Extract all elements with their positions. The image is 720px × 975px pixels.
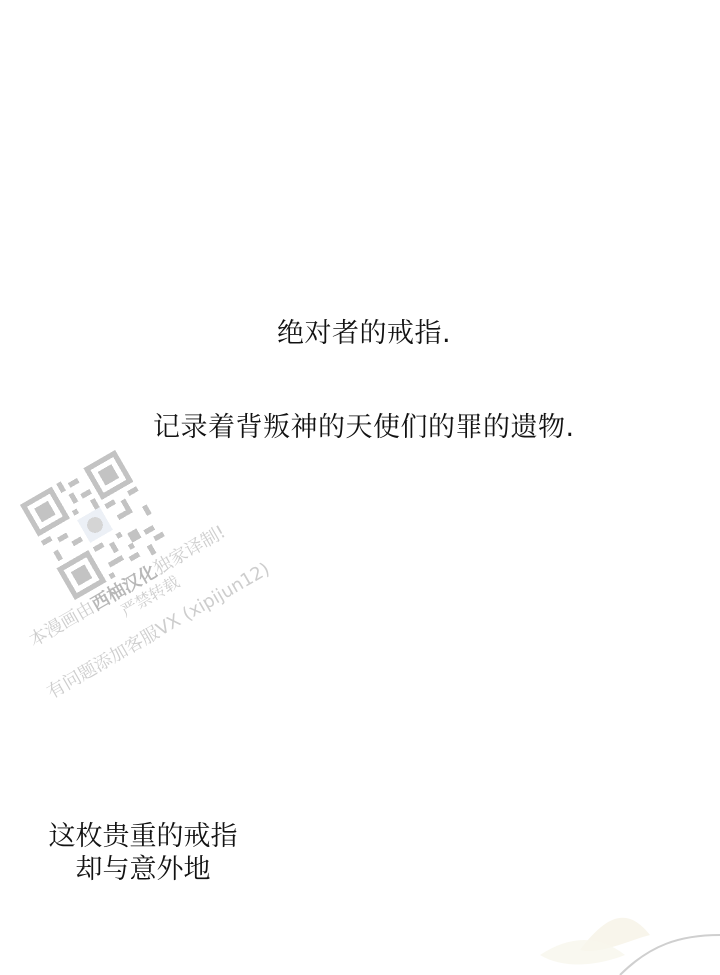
bottom-caption: 这枚贵重的戒指 却与意外地	[40, 820, 246, 886]
qr-code-icon	[20, 450, 170, 600]
watermark-line-1: 本漫画由西柚汉化独家译制!	[24, 518, 230, 652]
bottom-caption-line-2: 却与意外地	[40, 853, 246, 886]
watermark-line-2: 严禁转载	[116, 570, 183, 622]
watermark-suffix: 独家译制!	[150, 522, 229, 580]
watermark-prefix: 本漫画由	[26, 597, 99, 651]
watermark-group-name: 西柚汉化	[88, 561, 161, 615]
watermark-line-3: 有问题添加客服VX (xipijun12)	[42, 555, 274, 704]
caption-line-2: 记录着背叛神的天使们的罪的遗物.	[153, 412, 575, 444]
caption-line-1: 绝对者的戒指.	[277, 318, 451, 350]
watermark: 本漫画由西柚汉化独家译制! 严禁转载 有问题添加客服VX (xipijun12)	[10, 430, 310, 700]
bottom-caption-line-1: 这枚贵重的戒指	[40, 820, 246, 853]
leaf-decoration-icon	[540, 890, 720, 975]
